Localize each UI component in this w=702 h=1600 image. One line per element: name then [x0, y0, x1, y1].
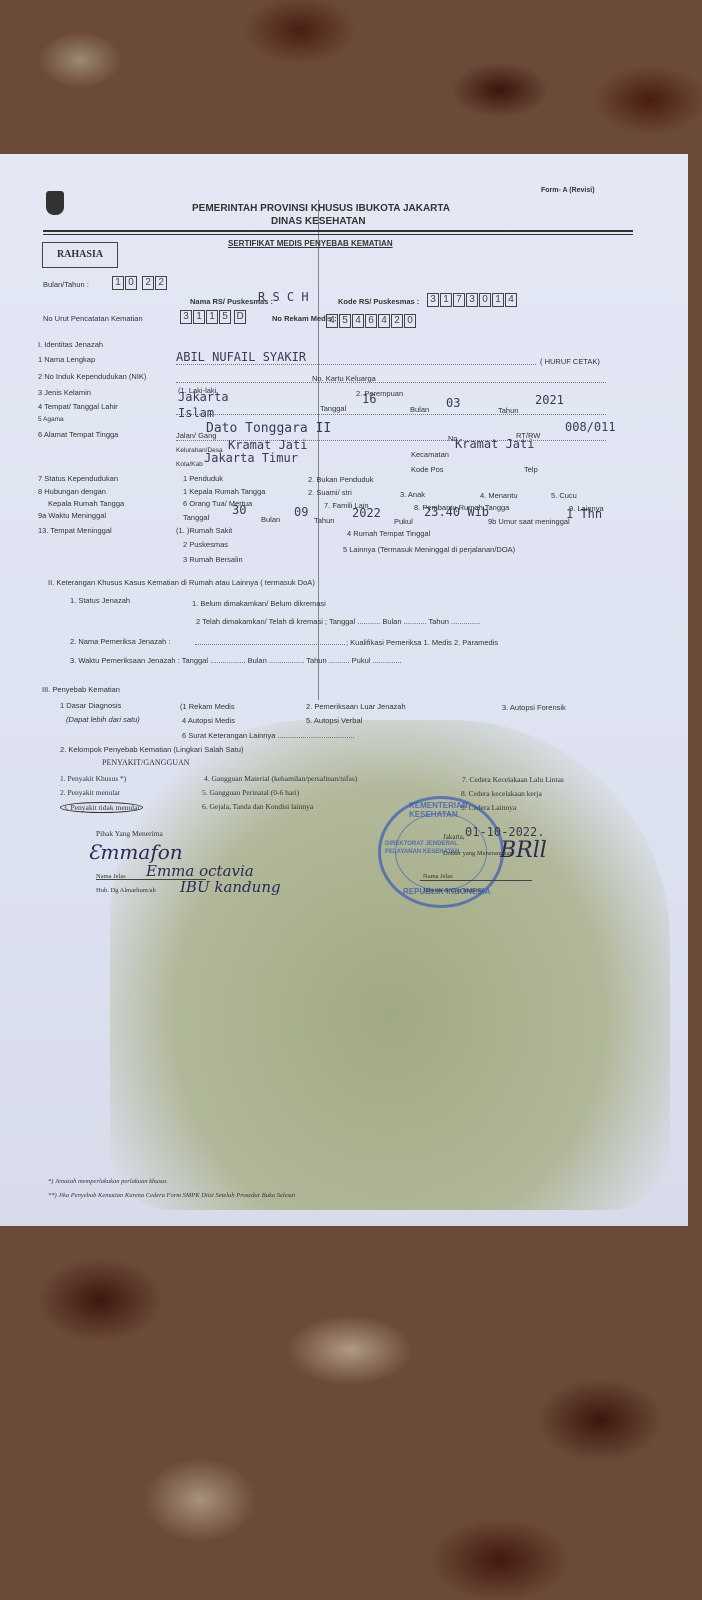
doctor-name-label: Nama Jelas	[423, 873, 453, 880]
penyakit-opt: 2. Penyakit menular	[60, 788, 120, 797]
footnote: **) Jika Penyebab Kematian Karena Cedera…	[48, 1192, 295, 1199]
penyakit-opt: 1. Penyakit Khusus *)	[60, 774, 126, 783]
jalan-value: Dato Tonggara II	[206, 421, 331, 436]
alamat-label: 6 Alamat Tempat Tingga	[38, 430, 118, 439]
dasar-opt: 5. Autopsi Verbal	[306, 716, 362, 725]
receiver-signature: Ɛmmafon	[88, 840, 183, 864]
umur-value: 1 Thn	[566, 507, 602, 521]
confidential-badge: RAHASIA	[42, 242, 118, 268]
waktu-label: 9a Waktu Meninggal	[38, 511, 106, 520]
tempat-opt: (1. )Rumah Sakit	[176, 526, 232, 535]
nama-rs-value: R S C H	[258, 290, 309, 304]
umur-label: 9b Umur saat meninggal	[488, 517, 570, 526]
penyakit-heading: PENYAKIT/GANGGUAN	[102, 758, 190, 767]
penyakit-opt: 6. Gejala, Tanda dan Kondisi lainnya	[202, 802, 313, 811]
section2-title: II. Keterangan Khusus Kasus Kematian di …	[48, 578, 315, 587]
rtrw-value: 008/011	[565, 420, 616, 434]
kualifikasi: ; Kualifikasi Pemeriksa 1. Medis 2. Para…	[346, 638, 498, 647]
dasar-opt: 3. Autopsi Forensik	[502, 703, 566, 712]
jk-label: 3 Jenis Kelamin	[38, 388, 91, 397]
kelompok-label: 2. Kelompok Penyebab Kematian (Lingkari …	[60, 745, 243, 754]
dasar-opt: (1 Rekam Medis	[180, 702, 235, 711]
kota-value: Jakarta Timur	[204, 451, 298, 465]
date-value: 01-10-2022.	[465, 825, 544, 839]
dasar-note: (Dapat lebih dari satu)	[66, 715, 140, 724]
relation-label: Hub. Dg Almarhum/ah	[96, 887, 156, 894]
status-jenazah-opt1: 1. Belum dimakamkan/ Belum dikremasi	[192, 599, 326, 608]
stamp-top-text: KEMENTERIAN KESEHATAN	[409, 801, 501, 819]
bulan-tahun-boxes: 10 22	[112, 276, 168, 290]
form-label: Form- A (Revisi)	[541, 187, 595, 194]
nik-label: 2 No Induk Kependudukan (NIK)	[38, 372, 146, 381]
doc-title: SERTIFIKAT MEDIS PENYEBAB KEMATIAN	[228, 239, 393, 248]
dasar-opt: 4 Autopsi Medis	[182, 716, 235, 725]
kode-rs-label: Kode RS/ Puskesmas :	[338, 297, 419, 306]
hub-opt: 4. Menantu	[480, 491, 518, 500]
tempat-opt: 3 Rumah Bersalin	[183, 555, 243, 564]
kecamatan-value: Kramat Jati	[455, 437, 534, 451]
penyakit-opt-selected: 3. Penyakit tidak menular	[60, 802, 143, 813]
pukul-value: 23.40 Wib	[424, 505, 489, 519]
bulan-label: Bulan	[410, 405, 429, 414]
section1-title: I. Identitas Jenazah	[38, 340, 103, 349]
status-label: 7 Status Kependudukan	[38, 474, 118, 483]
ttl-label: 4 Tempat/ Tanggal Lahir	[38, 402, 118, 411]
dasar-opt: 6 Surat Keterangan Lainnya .............…	[182, 731, 355, 740]
tahun-lahir-value: 2021	[535, 393, 564, 407]
hub-label: 8 Hubungan dengan	[38, 487, 106, 496]
no-rekam-boxes: 4546420	[326, 314, 417, 328]
dasar-opt: 2. Pemeriksaan Luar Jenazah	[306, 702, 406, 711]
receiver-label: Pihak Yang Menerima	[96, 829, 163, 838]
huruf-cetak: ( HURUF CETAK)	[540, 357, 600, 366]
thn-meninggal: 2022	[352, 506, 381, 520]
hub-opt: 3. Anak	[400, 490, 425, 499]
bulan-label: Bulan	[261, 515, 280, 524]
hand-shadow	[110, 720, 670, 1210]
penyakit-opt: 5. Gangguan Perinatal (0-6 hari)	[202, 788, 299, 797]
pemeriksa-label: 2. Nama Pemeriksa Jenazah :	[70, 637, 170, 646]
dasar-label: 1 Dasar Diagnosis	[60, 701, 121, 710]
tempat-opt: 4 Rumah Tempat Tinggal	[347, 529, 430, 538]
no-urut-label: No Urut Pencatatan Kematian	[43, 314, 143, 323]
tahun-label: Tahun	[314, 516, 334, 525]
nama-value: ABIL NUFAIL SYAKIR	[176, 350, 306, 364]
hub-opt: 5. Cucu	[551, 491, 577, 500]
kota-label: Kota/Kab	[176, 461, 203, 468]
hub-label2: Kepala Rumah Tangga	[48, 499, 124, 508]
tempat-lahir-value: Jakarta	[178, 390, 229, 404]
waktu-pemeriksaan: 3. Waktu Pemeriksaan Jenazah : Tanggal .…	[70, 656, 402, 665]
agama-label: 5 Agama	[38, 416, 64, 423]
status-jenazah-opt2: 2 Telah dimakamkan/ Telah di kremasi ; T…	[196, 617, 480, 626]
hub-opt: 1 Kepala Rumah Tangga	[183, 487, 265, 496]
tempat-opt: 2 Puskesmas	[183, 540, 228, 549]
bln-meninggal: 09	[294, 505, 308, 519]
pukul-label: Pukul	[394, 517, 413, 526]
kecamatan-label: Kecamatan	[411, 450, 449, 459]
nama-label: 1 Nama Lengkap	[38, 355, 95, 364]
agama-value: Islam	[178, 406, 214, 420]
status-opt-bukan: 2. Bukan Penduduk	[308, 475, 373, 484]
relation-value: IBU kandung	[180, 878, 281, 896]
stamp-mid-text: DIREKTORAT JENDERAL	[385, 841, 458, 847]
bulan-lahir-value: 03	[446, 396, 460, 410]
kodepos-label: Kode Pos	[411, 465, 444, 474]
tgl-meninggal: 30	[232, 503, 246, 517]
tanggal-lahir-value: 16	[362, 392, 376, 406]
kode-rs-boxes: 3173014	[427, 293, 518, 307]
tempat-label: 13. Tempat Meninggal	[38, 526, 112, 535]
penyakit-opt: 7. Cedera Kecelakaan Lalu Lintas	[462, 775, 564, 784]
bulan-tahun-label: Bulan/Tahun :	[43, 280, 89, 289]
jakarta-crest-icon	[46, 191, 64, 215]
no-urut-boxes: 3115 D	[180, 310, 247, 324]
hub-opt: 2. Suami/ stri	[308, 488, 352, 497]
section3-title: III. Penyebab Kematian	[42, 685, 120, 694]
place-date-label: Jakarta,	[443, 833, 465, 841]
tanggal-label: Tanggal	[183, 513, 209, 522]
tanggal-label: Tanggal	[320, 404, 346, 413]
footnote: *) Jenazah memperlakukan perlakuan khusu…	[48, 1178, 167, 1185]
penyakit-opt: 4. Gangguan Material (kehamilan/persalin…	[204, 774, 357, 783]
cap-label: Jabatan & Cap Instansi	[423, 887, 483, 894]
gov-line: PEMERINTAH PROVINSI KHUSUS IBUKOTA JAKAR…	[192, 203, 450, 214]
penyakit-opt: 8. Cedera kecelakaan kerja	[461, 789, 542, 798]
status-opt-penduduk: 1 Penduduk	[183, 474, 223, 483]
tempat-opt: 5 Lainnya (Termasuk Meninggal di perjala…	[343, 545, 515, 554]
doctor-signature: BRll	[500, 838, 547, 863]
dept-line: DINAS KESEHATAN	[271, 216, 366, 227]
telp-label: Telp	[524, 465, 538, 474]
header-rule	[43, 230, 633, 235]
kelurahan-value: Kramat Jati	[228, 438, 307, 452]
status-jenazah-label: 1. Status Jenazah	[70, 596, 130, 605]
